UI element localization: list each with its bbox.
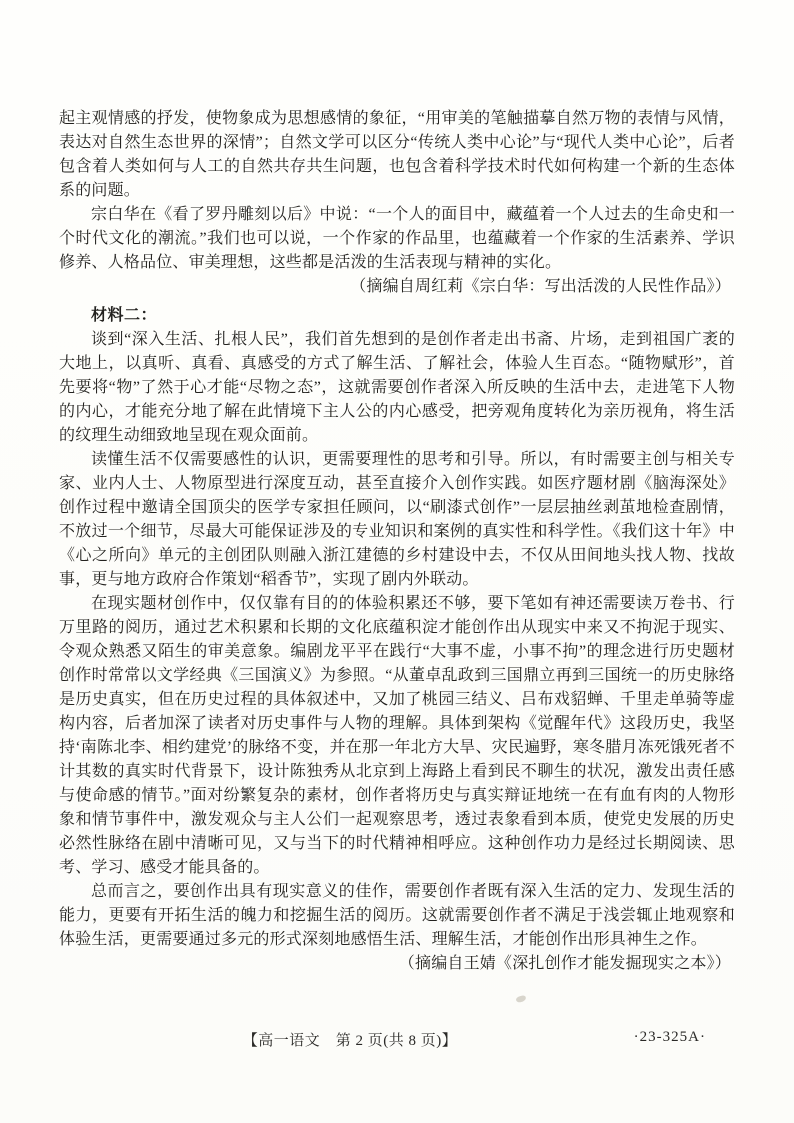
material1-attribution: （摘编自周红莉《宗白华：写出活泼的人民性作品》） [59,275,735,299]
footer-page-label: 【高一语文 第 2 页(共 8 页)】 [0,1029,700,1050]
page-footer: 【高一语文 第 2 页(共 8 页)】 ·23-325A· [0,1029,794,1053]
continued-paragraph: 起主观情感的抒发，使物象成为思想感情的象征，“用审美的笔触描摹自然万物的表情与风… [59,107,735,203]
material2-paragraph-2: 读懂生活不仅需要感性的认识，更需要理性的思考和引导。所以，有时需要主创与相关专家… [59,448,735,592]
material2-attribution: （摘编自王婧《深扎创作才能发掘现实之本》） [59,952,735,976]
material2-paragraph-4: 总而言之，要创作出具有现实意义的佳作，需要创作者既有深入生活的定力、发现生活的能… [59,880,735,952]
scan-smudge [515,995,526,1003]
material2-heading: 材料二： [59,304,735,328]
footer-paper-code: ·23-325A· [634,1029,706,1046]
page-text-block: 起主观情感的抒发，使物象成为思想感情的象征，“用审美的笔触描摹自然万物的表情与风… [59,107,735,976]
material2-paragraph-3: 在现实题材创作中，仅仅靠有目的的体验积累还不够，要下笔如有神还需要读万卷书、行万… [59,592,735,880]
paragraph-zongbaihua-quote: 宗白华在《看了罗丹雕刻以后》中说：“一个人的面目中，藏蕴着一个人过去的生命史和一… [59,203,735,275]
exam-paper-page: 起主观情感的抒发，使物象成为思想感情的象征，“用审美的笔触描摹自然万物的表情与风… [0,0,794,1123]
material2-paragraph-1: 谈到“深入生活、扎根人民”，我们首先想到的是创作者走出书斋、片场，走到祖国广袤的… [59,328,735,448]
